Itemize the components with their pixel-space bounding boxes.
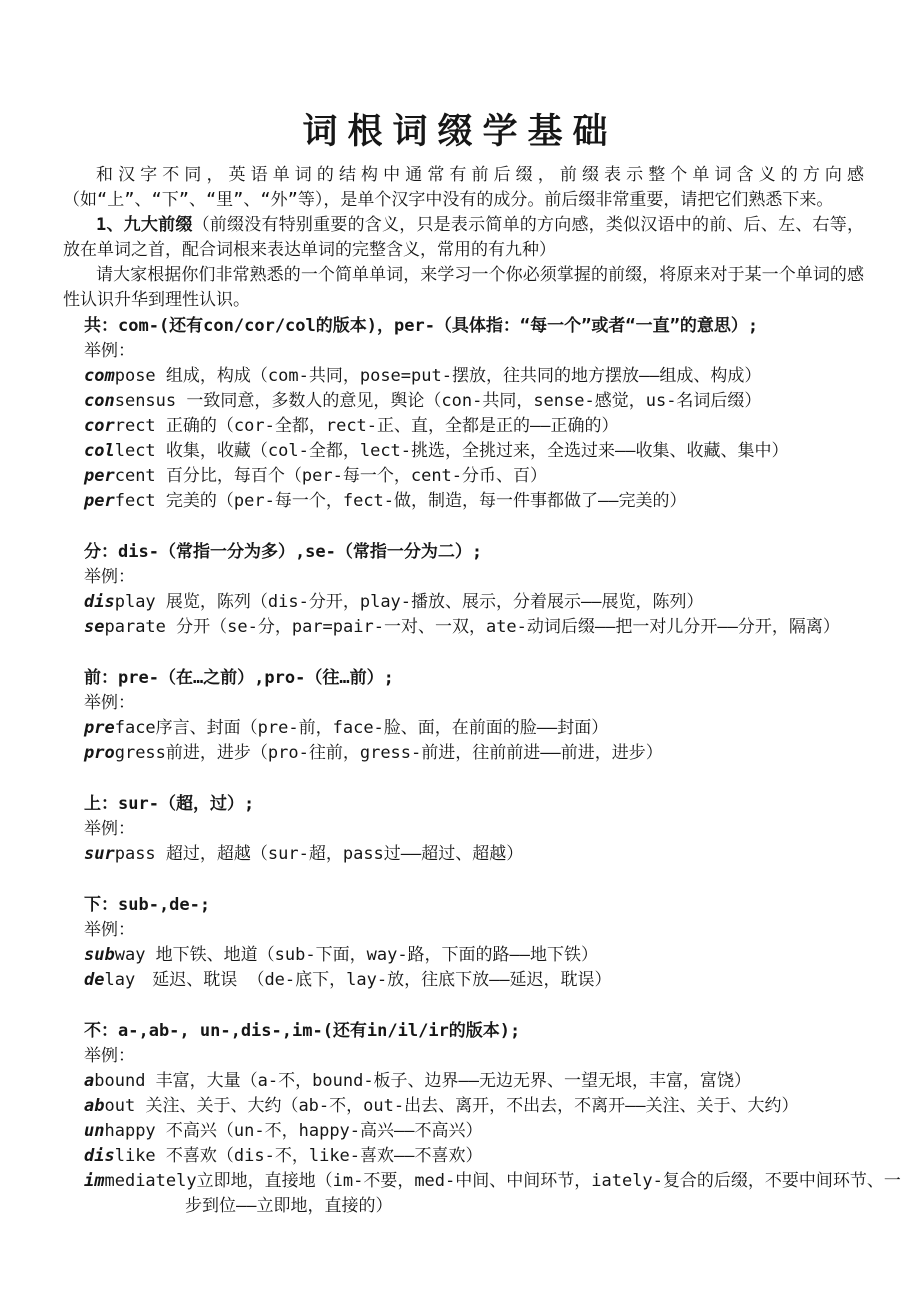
prefix-run: con: [84, 391, 115, 411]
example-line: about 关注、关于、大约（ab-不，out-出去、离开，不出去，不离开——关…: [84, 1094, 920, 1119]
explanation-run: 分开（se-分，par=pair-一对、一双，ate-动词后缀——把一对儿分开—…: [166, 617, 840, 637]
word-run: pose: [115, 366, 156, 386]
examples-label: 举例：: [84, 691, 920, 716]
word-run: pass: [115, 844, 156, 864]
word-run: happy: [104, 1121, 155, 1141]
prefix-run: com: [84, 366, 115, 386]
example-line: delay 延迟、耽误 （de-底下，lay-放，往底下放——延迟，耽误）: [84, 968, 920, 993]
prefix-section: 共：com-(还有con/cor/col的版本)，per-（具体指：“每一个”或…: [84, 314, 920, 514]
explanation-run: 立即地，直接地（im-不要，med-中间、中间环节，iately-复合的后缀，不…: [197, 1171, 901, 1191]
prefix-run: un: [84, 1121, 104, 1141]
intro-paragraph: 1、九大前缀（前缀没有特别重要的含义，只是表示简单的方向感，类似汉语中的前、后、…: [63, 213, 864, 263]
explanation-run: 序言、封面（pre-前，face-脸、面，在前面的脸——封面）: [156, 718, 609, 738]
word-run: cent: [115, 466, 156, 486]
explanation-run: 不高兴（un-不，happy-高兴——不高兴）: [156, 1121, 483, 1141]
document-title: 词根词缀学基础: [0, 110, 920, 154]
word-run: bound: [94, 1071, 145, 1091]
intro-paragraph: 请大家根据你们非常熟悉的一个简单单词，来学习一个你必须掌握的前缀，将原来对于某一…: [63, 263, 864, 313]
word-run: sensus: [115, 391, 176, 411]
continuation-line: 步到位——立即地，直接的）: [84, 1194, 920, 1219]
prefix-section: 上：sur-（超，过）;举例：surpass 超过，超越（sur-超，pass过…: [84, 792, 920, 867]
prefix-run: de: [84, 970, 104, 990]
explanation-run: 关注、关于、大约（ab-不，out-出去、离开，不出去，不离开——关注、关于、大…: [135, 1096, 798, 1116]
example-line: collect 收集，收藏（col-全都，lect-挑选，全挑过来，全选过来——…: [84, 439, 920, 464]
prefix-run: ab: [84, 1096, 104, 1116]
explanation-run: 地下铁、地道（sub-下面，way-路，下面的路——地下铁）: [145, 945, 598, 965]
word-run: lay: [104, 970, 135, 990]
bold-run: 1、九大前缀: [96, 215, 193, 235]
examples-label: 举例：: [84, 565, 920, 590]
explanation-run: 不喜欢（dis-不，like-喜欢——不喜欢）: [156, 1146, 483, 1166]
prefix-run: dis: [84, 592, 115, 612]
explanation-run: 一致同意，多数人的意见，舆论（con-共同，sense-感觉，us-名词后缀）: [176, 391, 761, 411]
example-line: subway 地下铁、地道（sub-下面，way-路，下面的路——地下铁）: [84, 943, 920, 968]
word-run: way: [115, 945, 146, 965]
text-run: 和汉字不同，英语单词的结构中通常有前后缀，前缀表示整个单词含义的方向感（如“上”…: [63, 165, 864, 210]
prefix-run: se: [84, 617, 104, 637]
example-line: compose 组成，构成（com-共同，pose=put-摆放，往共同的地方摆…: [84, 364, 920, 389]
section-heading: 前：pre-（在…之前）,pro-（往…前）;: [84, 666, 920, 691]
example-line: abound 丰富，大量（a-不，bound-板子、边界——无边无界、一望无垠，…: [84, 1069, 920, 1094]
example-line: correct 正确的（cor-全都，rect-正、直，全都是正的——正确的）: [84, 414, 920, 439]
text-run: 请大家根据你们非常熟悉的一个简单单词，来学习一个你必须掌握的前缀，将原来对于某一…: [63, 265, 864, 310]
document-page: 词根词缀学基础 和汉字不同，英语单词的结构中通常有前后缀，前缀表示整个单词含义的…: [0, 0, 920, 1302]
prefix-sections: 共：com-(还有con/cor/col的版本)，per-（具体指：“每一个”或…: [84, 314, 920, 1219]
example-line: immediately立即地，直接地（im-不要，med-中间、中间环节，iat…: [84, 1169, 920, 1219]
word-run: gress: [115, 743, 166, 763]
explanation-run: 前进，进步（pro-往前，gress-前进，往前前进——前进，进步）: [166, 743, 663, 763]
intro-paragraph: 和汉字不同，英语单词的结构中通常有前后缀，前缀表示整个单词含义的方向感（如“上”…: [63, 163, 864, 213]
prefix-run: dis: [84, 1146, 115, 1166]
prefix-run: sub: [84, 945, 115, 965]
example-line: display 展览，陈列（dis-分开，play-播放、展示，分着展示——展览…: [84, 590, 920, 615]
example-line: consensus 一致同意，多数人的意见，舆论（con-共同，sense-感觉…: [84, 389, 920, 414]
explanation-run: 超过，超越（sur-超，pass过——超过、超越）: [156, 844, 524, 864]
prefix-run: a: [84, 1071, 94, 1091]
prefix-run: pro: [84, 743, 115, 763]
prefix-section: 前：pre-（在…之前）,pro-（往…前）;举例：preface序言、封面（p…: [84, 666, 920, 766]
prefix-run: col: [84, 441, 115, 461]
examples-label: 举例：: [84, 817, 920, 842]
explanation-run: 收集，收藏（col-全都，lect-挑选，全挑过来，全选过来——收集、收藏、集中…: [156, 441, 789, 461]
example-line: dislike 不喜欢（dis-不，like-喜欢——不喜欢）: [84, 1144, 920, 1169]
explanation-run: 延迟、耽误 （de-底下，lay-放，往底下放——延迟，耽误）: [135, 970, 611, 990]
word-run: face: [115, 718, 156, 738]
section-heading: 分：dis-（常指一分为多）,se-（常指一分为二）;: [84, 540, 920, 565]
prefix-section: 下：sub-,de-;举例：subway 地下铁、地道（sub-下面，way-路…: [84, 893, 920, 993]
section-heading: 共：com-(还有con/cor/col的版本)，per-（具体指：“每一个”或…: [84, 314, 920, 339]
explanation-run: 组成，构成（com-共同，pose=put-摆放，往共同的地方摆放——组成、构成…: [156, 366, 762, 386]
section-heading: 上：sur-（超，过）;: [84, 792, 920, 817]
prefix-run: per: [84, 466, 115, 486]
explanation-run: 正确的（cor-全都，rect-正、直，全都是正的——正确的）: [156, 416, 619, 436]
explanation-run: 完美的（per-每一个，fect-做，制造，每一件事都做了——完美的）: [156, 491, 687, 511]
section-heading: 下：sub-,de-;: [84, 893, 920, 918]
example-line: surpass 超过，超越（sur-超，pass过——超过、超越）: [84, 842, 920, 867]
prefix-run: per: [84, 491, 115, 511]
example-line: separate 分开（se-分，par=pair-一对、一双，ate-动词后缀…: [84, 615, 920, 640]
word-run: like: [115, 1146, 156, 1166]
word-run: mediately: [104, 1171, 196, 1191]
examples-label: 举例：: [84, 339, 920, 364]
word-run: parate: [104, 617, 165, 637]
prefix-run: sur: [84, 844, 115, 864]
word-run: lect: [115, 441, 156, 461]
prefix-run: pre: [84, 718, 115, 738]
word-run: fect: [115, 491, 156, 511]
word-run: play: [115, 592, 156, 612]
prefix-section: 不：a-,ab-, un-,dis-,im-(还有in/il/ir的版本);举例…: [84, 1019, 920, 1219]
explanation-run: 百分比，每百个（per-每一个，cent-分币、百）: [156, 466, 547, 486]
word-run: out: [104, 1096, 135, 1116]
example-line: perfect 完美的（per-每一个，fect-做，制造，每一件事都做了——完…: [84, 489, 920, 514]
examples-label: 举例：: [84, 918, 920, 943]
examples-label: 举例：: [84, 1044, 920, 1069]
example-line: progress前进，进步（pro-往前，gress-前进，往前前进——前进，进…: [84, 741, 920, 766]
example-line: unhappy 不高兴（un-不，happy-高兴——不高兴）: [84, 1119, 920, 1144]
prefix-run: im: [84, 1171, 104, 1191]
explanation-run: 丰富，大量（a-不，bound-板子、边界——无边无界、一望无垠，丰富，富饶）: [145, 1071, 751, 1091]
explanation-run: 展览，陈列（dis-分开，play-播放、展示，分着展示——展览，陈列）: [156, 592, 704, 612]
example-line: preface序言、封面（pre-前，face-脸、面，在前面的脸——封面）: [84, 716, 920, 741]
prefix-section: 分：dis-（常指一分为多）,se-（常指一分为二）;举例：display 展览…: [84, 540, 920, 640]
intro-paragraphs: 和汉字不同，英语单词的结构中通常有前后缀，前缀表示整个单词含义的方向感（如“上”…: [63, 163, 864, 313]
example-line: percent 百分比，每百个（per-每一个，cent-分币、百）: [84, 464, 920, 489]
prefix-run: cor: [84, 416, 115, 436]
section-heading: 不：a-,ab-, un-,dis-,im-(还有in/il/ir的版本);: [84, 1019, 920, 1044]
word-run: rect: [115, 416, 156, 436]
